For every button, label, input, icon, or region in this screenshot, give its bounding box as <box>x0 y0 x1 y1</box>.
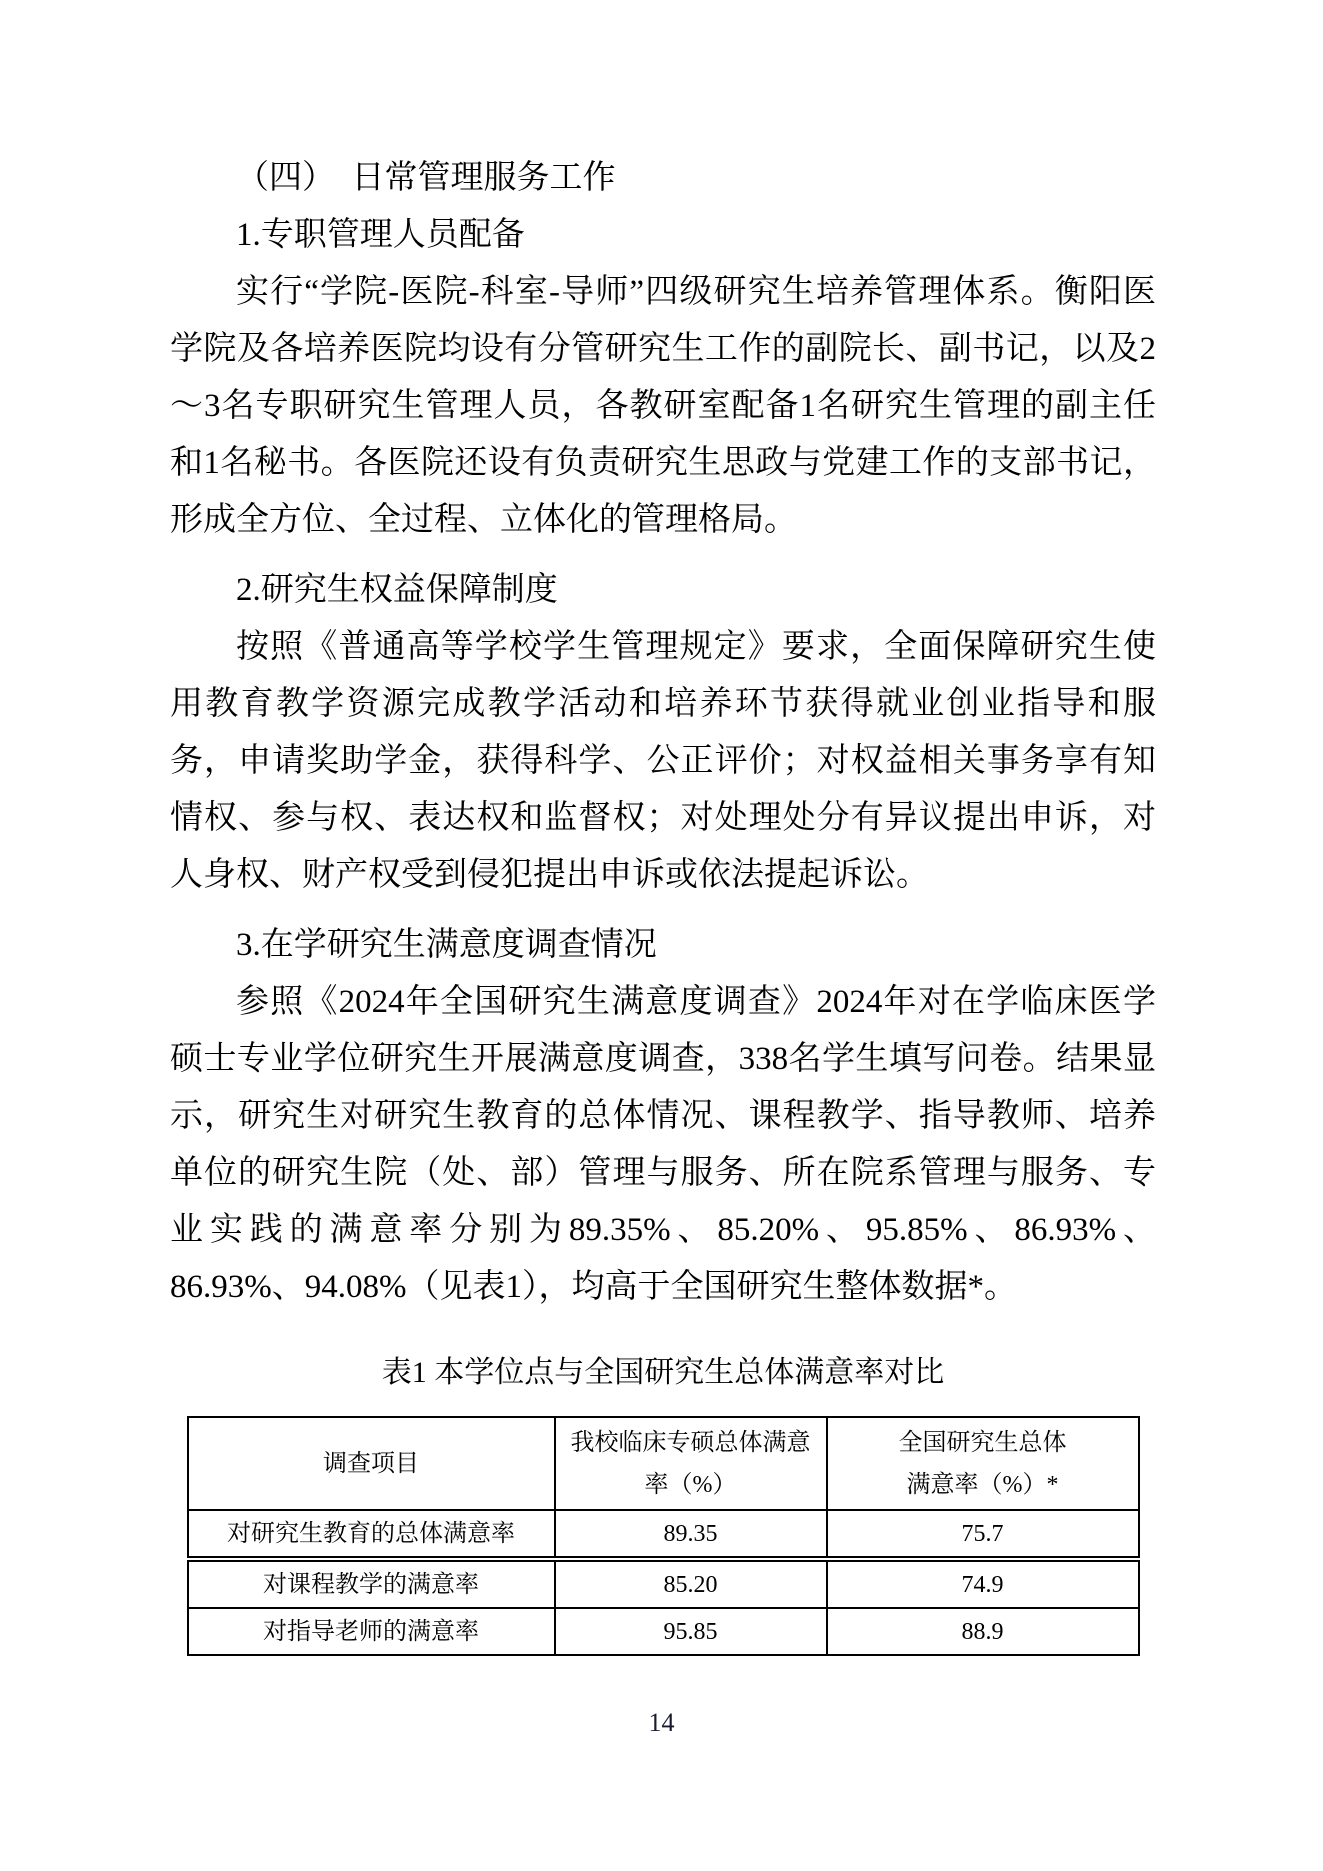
subsection-title-2: 2.研究生权益保障制度 <box>170 562 1156 619</box>
table-cell-national-value: 88.9 <box>827 1608 1139 1655</box>
table-cell-national-value: 75.7 <box>827 1510 1139 1559</box>
document-content: （四） 日常管理服务工作 1.专职管理人员配备 实行“学院-医院-科室-导师”四… <box>170 150 1156 1656</box>
table-header-school-rate: 我校临床专硕总体满意 率（%） <box>555 1417 827 1510</box>
document-page: （四） 日常管理服务工作 1.专职管理人员配备 实行“学院-医院-科室-导师”四… <box>0 0 1323 1871</box>
table-cell-label: 对指导老师的满意率 <box>188 1608 555 1655</box>
subsection-title-1: 1.专职管理人员配备 <box>170 207 1156 264</box>
table-row: 对课程教学的满意率 85.20 74.9 <box>188 1559 1139 1608</box>
section-heading: （四） 日常管理服务工作 <box>170 150 1156 207</box>
paragraph-2: 按照《普通高等学校学生管理规定》要求，全面保障研究生使用教育教学资源完成教学活动… <box>170 619 1156 904</box>
satisfaction-comparison-table: 调查项目 我校临床专硕总体满意 率（%） 全国研究生总体 满意率（%）* 对研究… <box>187 1416 1140 1656</box>
table-cell-school-value: 95.85 <box>555 1608 827 1655</box>
table-cell-label: 对研究生教育的总体满意率 <box>188 1510 555 1559</box>
table-header-survey-item: 调查项目 <box>188 1417 555 1510</box>
table-row: 对指导老师的满意率 95.85 88.9 <box>188 1608 1139 1655</box>
table-header-row: 调查项目 我校临床专硕总体满意 率（%） 全国研究生总体 满意率（%）* <box>188 1417 1139 1510</box>
page-number: 14 <box>0 1708 1323 1738</box>
table-cell-national-value: 74.9 <box>827 1559 1139 1608</box>
table-caption: 表1 本学位点与全国研究生总体满意率对比 <box>170 1352 1156 1394</box>
table-cell-school-value: 89.35 <box>555 1510 827 1559</box>
table-header-national-rate: 全国研究生总体 满意率（%）* <box>827 1417 1139 1510</box>
paragraph-3: 参照《2024年全国研究生满意度调查》2024年对在学临床医学硕士专业学位研究生… <box>170 974 1156 1316</box>
table-cell-label: 对课程教学的满意率 <box>188 1559 555 1608</box>
subsection-title-3: 3.在学研究生满意度调查情况 <box>170 917 1156 974</box>
paragraph-1: 实行“学院-医院-科室-导师”四级研究生培养管理体系。衡阳医学院及各培养医院均设… <box>170 264 1156 549</box>
table-cell-school-value: 85.20 <box>555 1559 827 1608</box>
table-row: 对研究生教育的总体满意率 89.35 75.7 <box>188 1510 1139 1559</box>
